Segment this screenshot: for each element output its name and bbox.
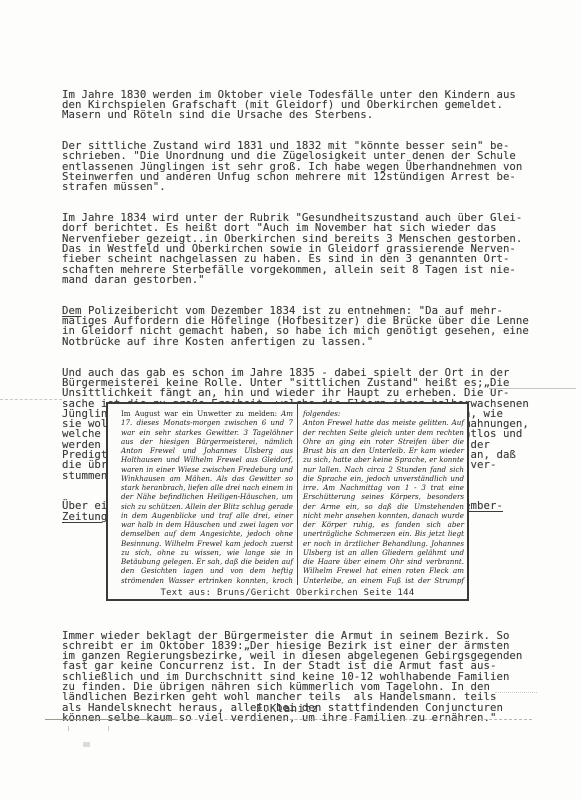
scan-artifact-line [489, 388, 576, 389]
scan-artifact-line [495, 692, 537, 693]
scan-artifact-smudge [83, 742, 90, 747]
paragraph-1834-police-report: Dem Polizeibericht vom Dezember 1834 ist… [62, 306, 548, 347]
clipping-caption: Text aus: Bruns/Gericht Oberkirchen Seit… [108, 588, 467, 598]
clipping-right-column: folgendes:Anton Frewel hatte das meiste … [298, 404, 467, 585]
paragraph-1831-moral-state: Der sittliche Zustand wird 1831 und 1832… [62, 141, 548, 192]
paragraph-1834-health-report: Im Jahre 1834 wird unter der Rubrik "Ges… [62, 213, 548, 285]
clipping-columns: Im August war ein Unwetter zu melden: Am… [108, 404, 467, 585]
signature: F.Klanitz [256, 702, 318, 715]
paragraph-1830-deaths: Im Jahre 1830 werden im Oktober viele To… [62, 90, 548, 121]
scan-artifact-line [45, 719, 175, 720]
scan-artifact-mark [108, 726, 109, 731]
clipping-left-column: Im August war ein Unwetter zu melden: Am… [108, 404, 298, 585]
clipping-right-text: Anton Frewel hatte das meiste gelitten. … [303, 418, 464, 585]
clipping-left-text: Am 17. dieses Monats-morgen zwischen 6 u… [121, 409, 293, 585]
paragraph-police-rest: Polizeibericht vom Dezember 1834 ist zu … [62, 304, 529, 348]
typed-text-block-bottom: Immer wieder beklagt der Bürgermeister d… [62, 610, 548, 744]
clipping-intro: Im August war ein Unwetter zu melden: [121, 409, 281, 418]
document-page: Im Jahre 1830 werden im Oktober viele To… [0, 0, 582, 801]
scan-artifact-line [0, 399, 62, 400]
clipping-lead-word: folgendes: [303, 409, 464, 418]
newspaper-clipping: Im August war ein Unwetter zu melden: Am… [106, 402, 469, 601]
scan-artifact-mark [68, 726, 69, 731]
